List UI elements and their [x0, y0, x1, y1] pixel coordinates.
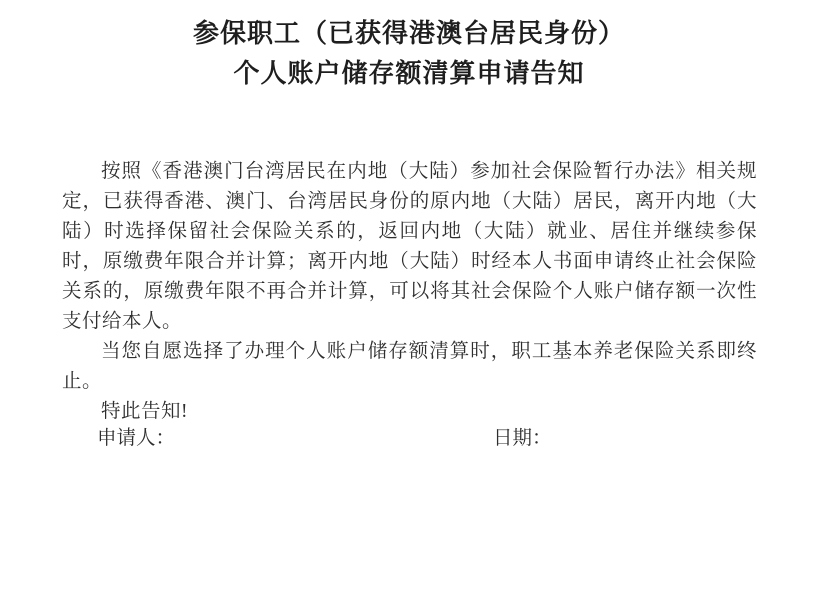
body-paragraph-2: 当您自愿选择了办理个人账户储存额清算时，职工基本养老保险关系即终止。: [62, 337, 757, 397]
applicant-label: 申请人：: [97, 424, 175, 454]
date-label: 日期：: [493, 424, 552, 454]
body-paragraph-1: 按照《香港澳门台湾居民在内地（大陆）参加社会保险暂行办法》相关规定，已获得香港、…: [62, 157, 757, 337]
document-title: 参保职工（已获得港澳台居民身份） 个人账户储存额清算申请告知: [0, 0, 818, 93]
document-body: 按照《香港澳门台湾居民在内地（大陆）参加社会保险暂行办法》相关规定，已获得香港、…: [62, 157, 757, 427]
notice-document-page: 参保职工（已获得港澳台居民身份） 个人账户储存额清算申请告知 按照《香港澳门台湾…: [0, 0, 818, 616]
body-paragraph-3: 特此告知!: [62, 397, 757, 427]
signature-row: 申请人： 日期：: [0, 424, 818, 454]
document-title-line-2: 个人账户储存额清算申请告知: [0, 53, 818, 93]
document-title-line-1: 参保职工（已获得港澳台居民身份）: [0, 13, 818, 53]
